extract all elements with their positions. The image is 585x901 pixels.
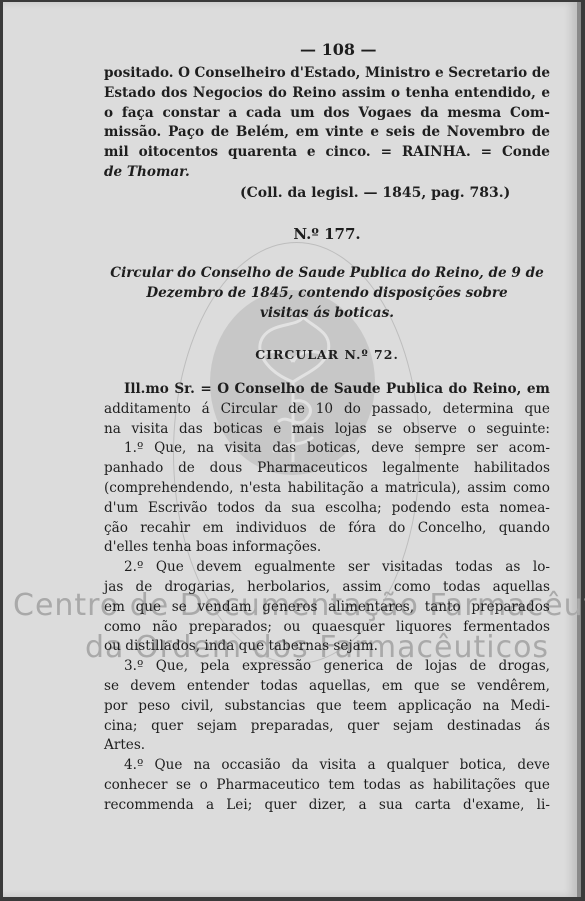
item-2-line: jasdedrogarias,herbolarios,assimcomotoda… <box>104 578 550 598</box>
text-line: EstadodosNegociosdoReinoassimotenhaenten… <box>104 84 550 104</box>
item-1-line: d'umEscrivãotodosdasuaescolha;podendoest… <box>104 499 550 519</box>
text-line: Ill.moSr.=OConselhodeSaudePublicadoReino… <box>104 380 550 400</box>
item-4-line: 4.ºQuenaoccasiãodavisitaaqualquerbotica,… <box>104 756 550 776</box>
text-line: navisitadasboticasemaislojasseobserveose… <box>104 420 550 440</box>
text-line: missão.PaçodeBelém,emvinteeseisdeNovembr… <box>104 123 550 143</box>
heading-line: Circular do Conselho de Saude Publica do… <box>104 264 550 284</box>
item-3-line: sedevementendertodasaquellas,emquesevend… <box>104 677 550 697</box>
text-line: de Thomar. <box>104 163 550 183</box>
item-1-line: 1.ºQue,navisitadasboticas,devesempresera… <box>104 439 550 459</box>
circular-heading: Circular do Conselho de Saude Publica do… <box>104 264 550 323</box>
item-3-line: cina;quersejampreparadas,quersejamdestin… <box>104 717 550 737</box>
item-2-line: ou distillados, inda que tabernas sejam. <box>104 637 550 657</box>
citation: (Coll. da legisl. — 1845, pag. 783.) <box>240 184 540 204</box>
body-text: Ill.moSr.=OConselhodeSaudePublicadoReino… <box>104 380 550 816</box>
item-3-line: porpesocivil,substanciasqueteemapplicaçã… <box>104 697 550 717</box>
heading-line: visitas ás boticas. <box>104 304 550 324</box>
page-number: — 108 — <box>300 40 377 59</box>
item-1-line: çãorecahiremindividuosdefóradoConcelho,q… <box>104 519 550 539</box>
item-2-line: 2.ºQuedevemegualmenteservisitadastodasas… <box>104 558 550 578</box>
item-1-line: d'elles tenha boas informações. <box>104 538 550 558</box>
heading-line: Dezembro de 1845, contendo disposições s… <box>104 284 550 304</box>
item-4-line: conhecerseoPharmaceuticotemtodasashabili… <box>104 776 550 796</box>
text-line: miloitocentosquarentaecinco.=RAINHA.=Con… <box>104 143 550 163</box>
item-3-line: 3.ºQue,pelaexpressãogenericadelojasdedro… <box>104 657 550 677</box>
text-line: positado.OConselheirod'Estado,MinistroeS… <box>104 64 550 84</box>
item-2-line: comonãopreparados;ouquaesquerliquoresfer… <box>104 618 550 638</box>
item-4-line: recommendaaLei;querdizer,asuacartad'exam… <box>104 796 550 816</box>
document-number: N.º 177. <box>104 225 550 245</box>
item-1-line: panhadodedousPharmaceuticoslegalmentehab… <box>104 459 550 479</box>
item-1-line: (comprehendendo,n'estahabilitaçãoamatric… <box>104 479 550 499</box>
text-line: ofaçaconstaracadaumdosVogaesdamesmaCom- <box>104 104 550 124</box>
item-2-line: emquesevendamgenerosalimentares,tantopre… <box>104 598 550 618</box>
top-paragraph: positado.OConselheirod'Estado,MinistroeS… <box>104 64 550 183</box>
circular-label: CIRCULAR N.º 72. <box>104 345 550 365</box>
text-line: additamentoáCircularde10dopassado,determ… <box>104 400 550 420</box>
item-3-line: Artes. <box>104 736 550 756</box>
